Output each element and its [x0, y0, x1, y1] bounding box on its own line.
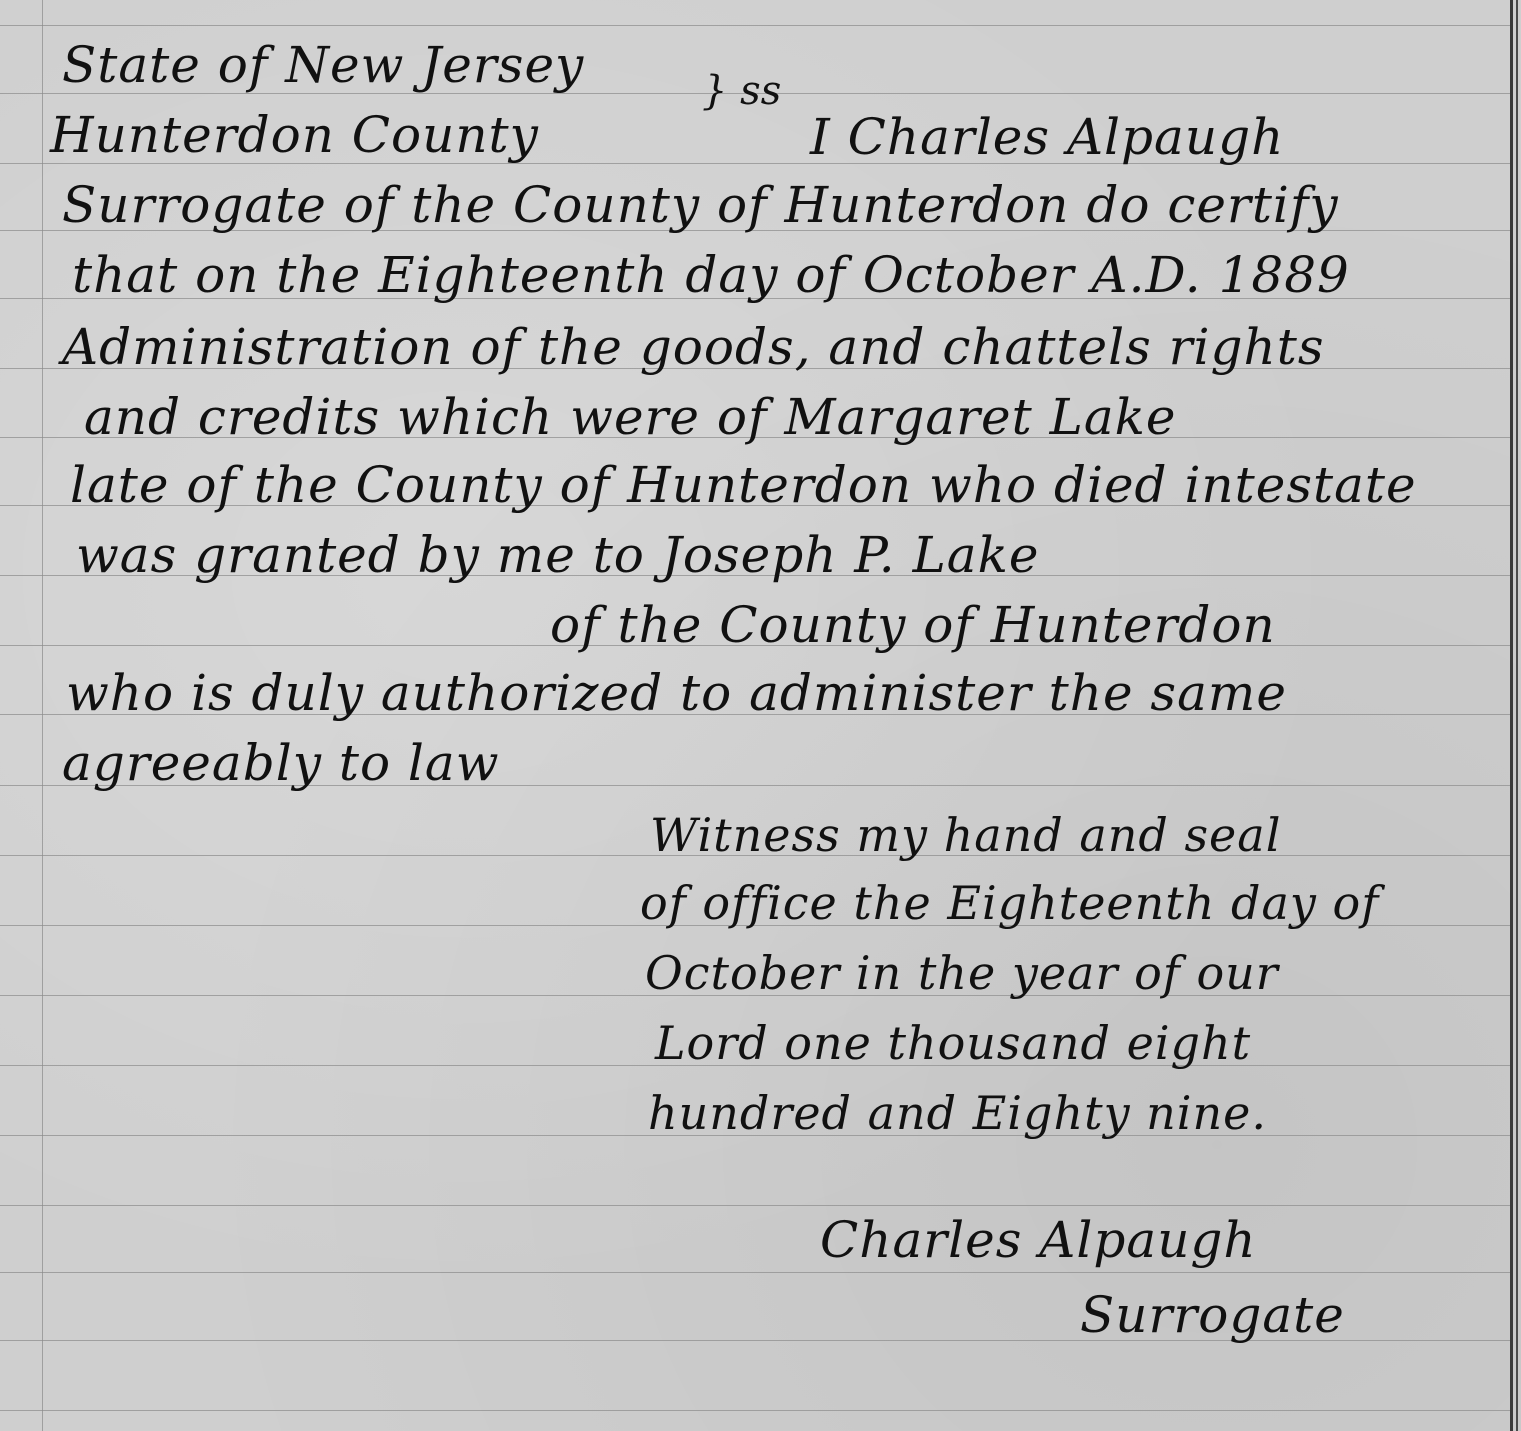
right-border-line	[1510, 0, 1513, 1431]
ruled-line	[0, 1272, 1510, 1273]
attestation-line-2: of office the Eighteenth day of	[640, 880, 1379, 926]
body-line-10: agreeably to law	[62, 738, 500, 788]
venue-state: State of New Jersey	[62, 40, 584, 90]
attestation-line-5: hundred and Eighty nine.	[648, 1090, 1267, 1136]
body-line-2: Surrogate of the County of Hunterdon do …	[62, 180, 1339, 230]
body-line-7: was granted by me to Joseph P. Lake	[76, 530, 1040, 580]
right-border-line-inner	[1516, 0, 1518, 1431]
body-line-1: I Charles Alpaugh	[810, 112, 1284, 162]
ruled-line	[0, 25, 1510, 26]
attestation-line-3: October in the year of our	[645, 950, 1279, 996]
attestation-line-4: Lord one thousand eight	[655, 1020, 1251, 1066]
body-line-6: late of the County of Hunterdon who died…	[70, 460, 1417, 510]
venue-bracket: } ss	[702, 68, 781, 114]
left-margin-line	[42, 0, 43, 1431]
body-line-4: Administration of the goods, and chattel…	[62, 322, 1325, 372]
body-line-5: and credits which were of Margaret Lake	[84, 392, 1177, 442]
ledger-page: State of New Jersey Hunterdon County } s…	[0, 0, 1521, 1431]
signature-title: Surrogate	[1080, 1290, 1345, 1340]
body-line-3: that on the Eighteenth day of October A.…	[72, 250, 1350, 300]
ruled-line	[0, 1205, 1510, 1206]
ruled-line	[0, 1410, 1510, 1411]
body-line-8: of the County of Hunterdon	[550, 600, 1276, 650]
body-line-9: who is duly authorized to administer the…	[66, 668, 1287, 718]
attestation-line-1: Witness my hand and seal	[650, 812, 1281, 858]
signature-name: Charles Alpaugh	[820, 1215, 1257, 1265]
venue-county: Hunterdon County	[50, 110, 539, 160]
